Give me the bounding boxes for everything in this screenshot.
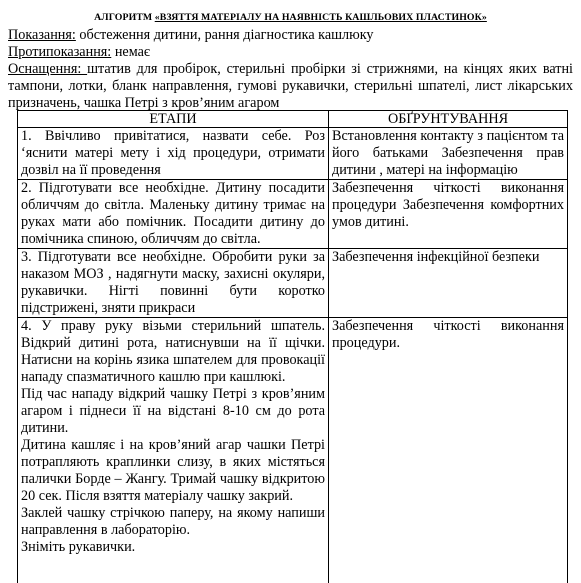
step-text: Зніміть рукавички. [21,539,325,556]
step-cell: 1. Ввічливо привітатися, назвати себе. Р… [18,128,329,180]
equipment-text: штатив для пробірок, стерильні пробірки … [8,61,573,111]
table-row: 1. Ввічливо привітатися, назвати себе. Р… [18,128,568,180]
step-cell: 2. Підготувати все необхідне. Дитину пос… [18,180,329,249]
step-text: Заклей чашку стрічкою паперу, на якому н… [21,505,325,539]
rationale-cell: Забезпечення інфекційної безпеки [329,249,568,318]
step-text: Дитина кашляє і на кров’яний агар чашки … [21,437,325,505]
step-text: 3. Підготувати все необхідне. Обробити р… [21,249,325,317]
algorithm-table: ЕТАПИ ОБҐРУНТУВАННЯ 1. Ввічливо привітат… [17,110,568,583]
step-text: 2. Підготувати все необхідне. Дитину пос… [21,180,325,248]
table-row: 4. У праву руку візьми стерильний шпател… [18,318,568,583]
rationale-cell: Встановлення контакту з пацієнтом та йог… [329,128,568,180]
contraindications-label: Протипоказання: [8,44,111,60]
table-header-row: ЕТАПИ ОБҐРУНТУВАННЯ [18,111,568,128]
indications-text: обстеження дитини, рання діагностика каш… [76,27,374,43]
equipment-label: Оснащення: [8,61,87,77]
document-body: АЛГОРИТМ «ВЗЯТТЯ МАТЕРІАЛУ НА НАЯВНІСТЬ … [8,12,573,112]
indications-paragraph: Показання: обстеження дитини, рання діаг… [8,27,573,44]
equipment-paragraph: Оснащення: штатив для пробірок, стерильн… [8,61,573,112]
step-cell: 3. Підготувати все необхідне. Обробити р… [18,249,329,318]
table-row: 3. Підготувати все необхідне. Обробити р… [18,249,568,318]
column-header-stages: ЕТАПИ [18,111,329,128]
contraindications-text: немає [111,44,150,60]
step-text: Під час нападу відкрий чашку Петрі з кро… [21,386,325,437]
step-text: 1. Ввічливо привітатися, назвати себе. Р… [21,128,325,179]
column-header-rationale: ОБҐРУНТУВАННЯ [329,111,568,128]
table-row: 2. Підготувати все необхідне. Дитину пос… [18,180,568,249]
rationale-cell: Забезпечення чіткості виконання процедур… [329,180,568,249]
title-prefix: АЛГОРИТМ [94,12,155,23]
contraindications-paragraph: Протипоказання: немає [8,44,573,61]
indications-label: Показання: [8,27,76,43]
rationale-cell: Забезпечення чіткості виконання процедур… [329,318,568,583]
title-main: «ВЗЯТТЯ МАТЕРІАЛУ НА НАЯВНІСТЬ КАШЛЬОВИХ… [155,12,487,23]
step-text: 4. У праву руку візьми стерильний шпател… [21,318,325,386]
document-title: АЛГОРИТМ «ВЗЯТТЯ МАТЕРІАЛУ НА НАЯВНІСТЬ … [8,12,573,24]
step-cell: 4. У праву руку візьми стерильний шпател… [18,318,329,583]
